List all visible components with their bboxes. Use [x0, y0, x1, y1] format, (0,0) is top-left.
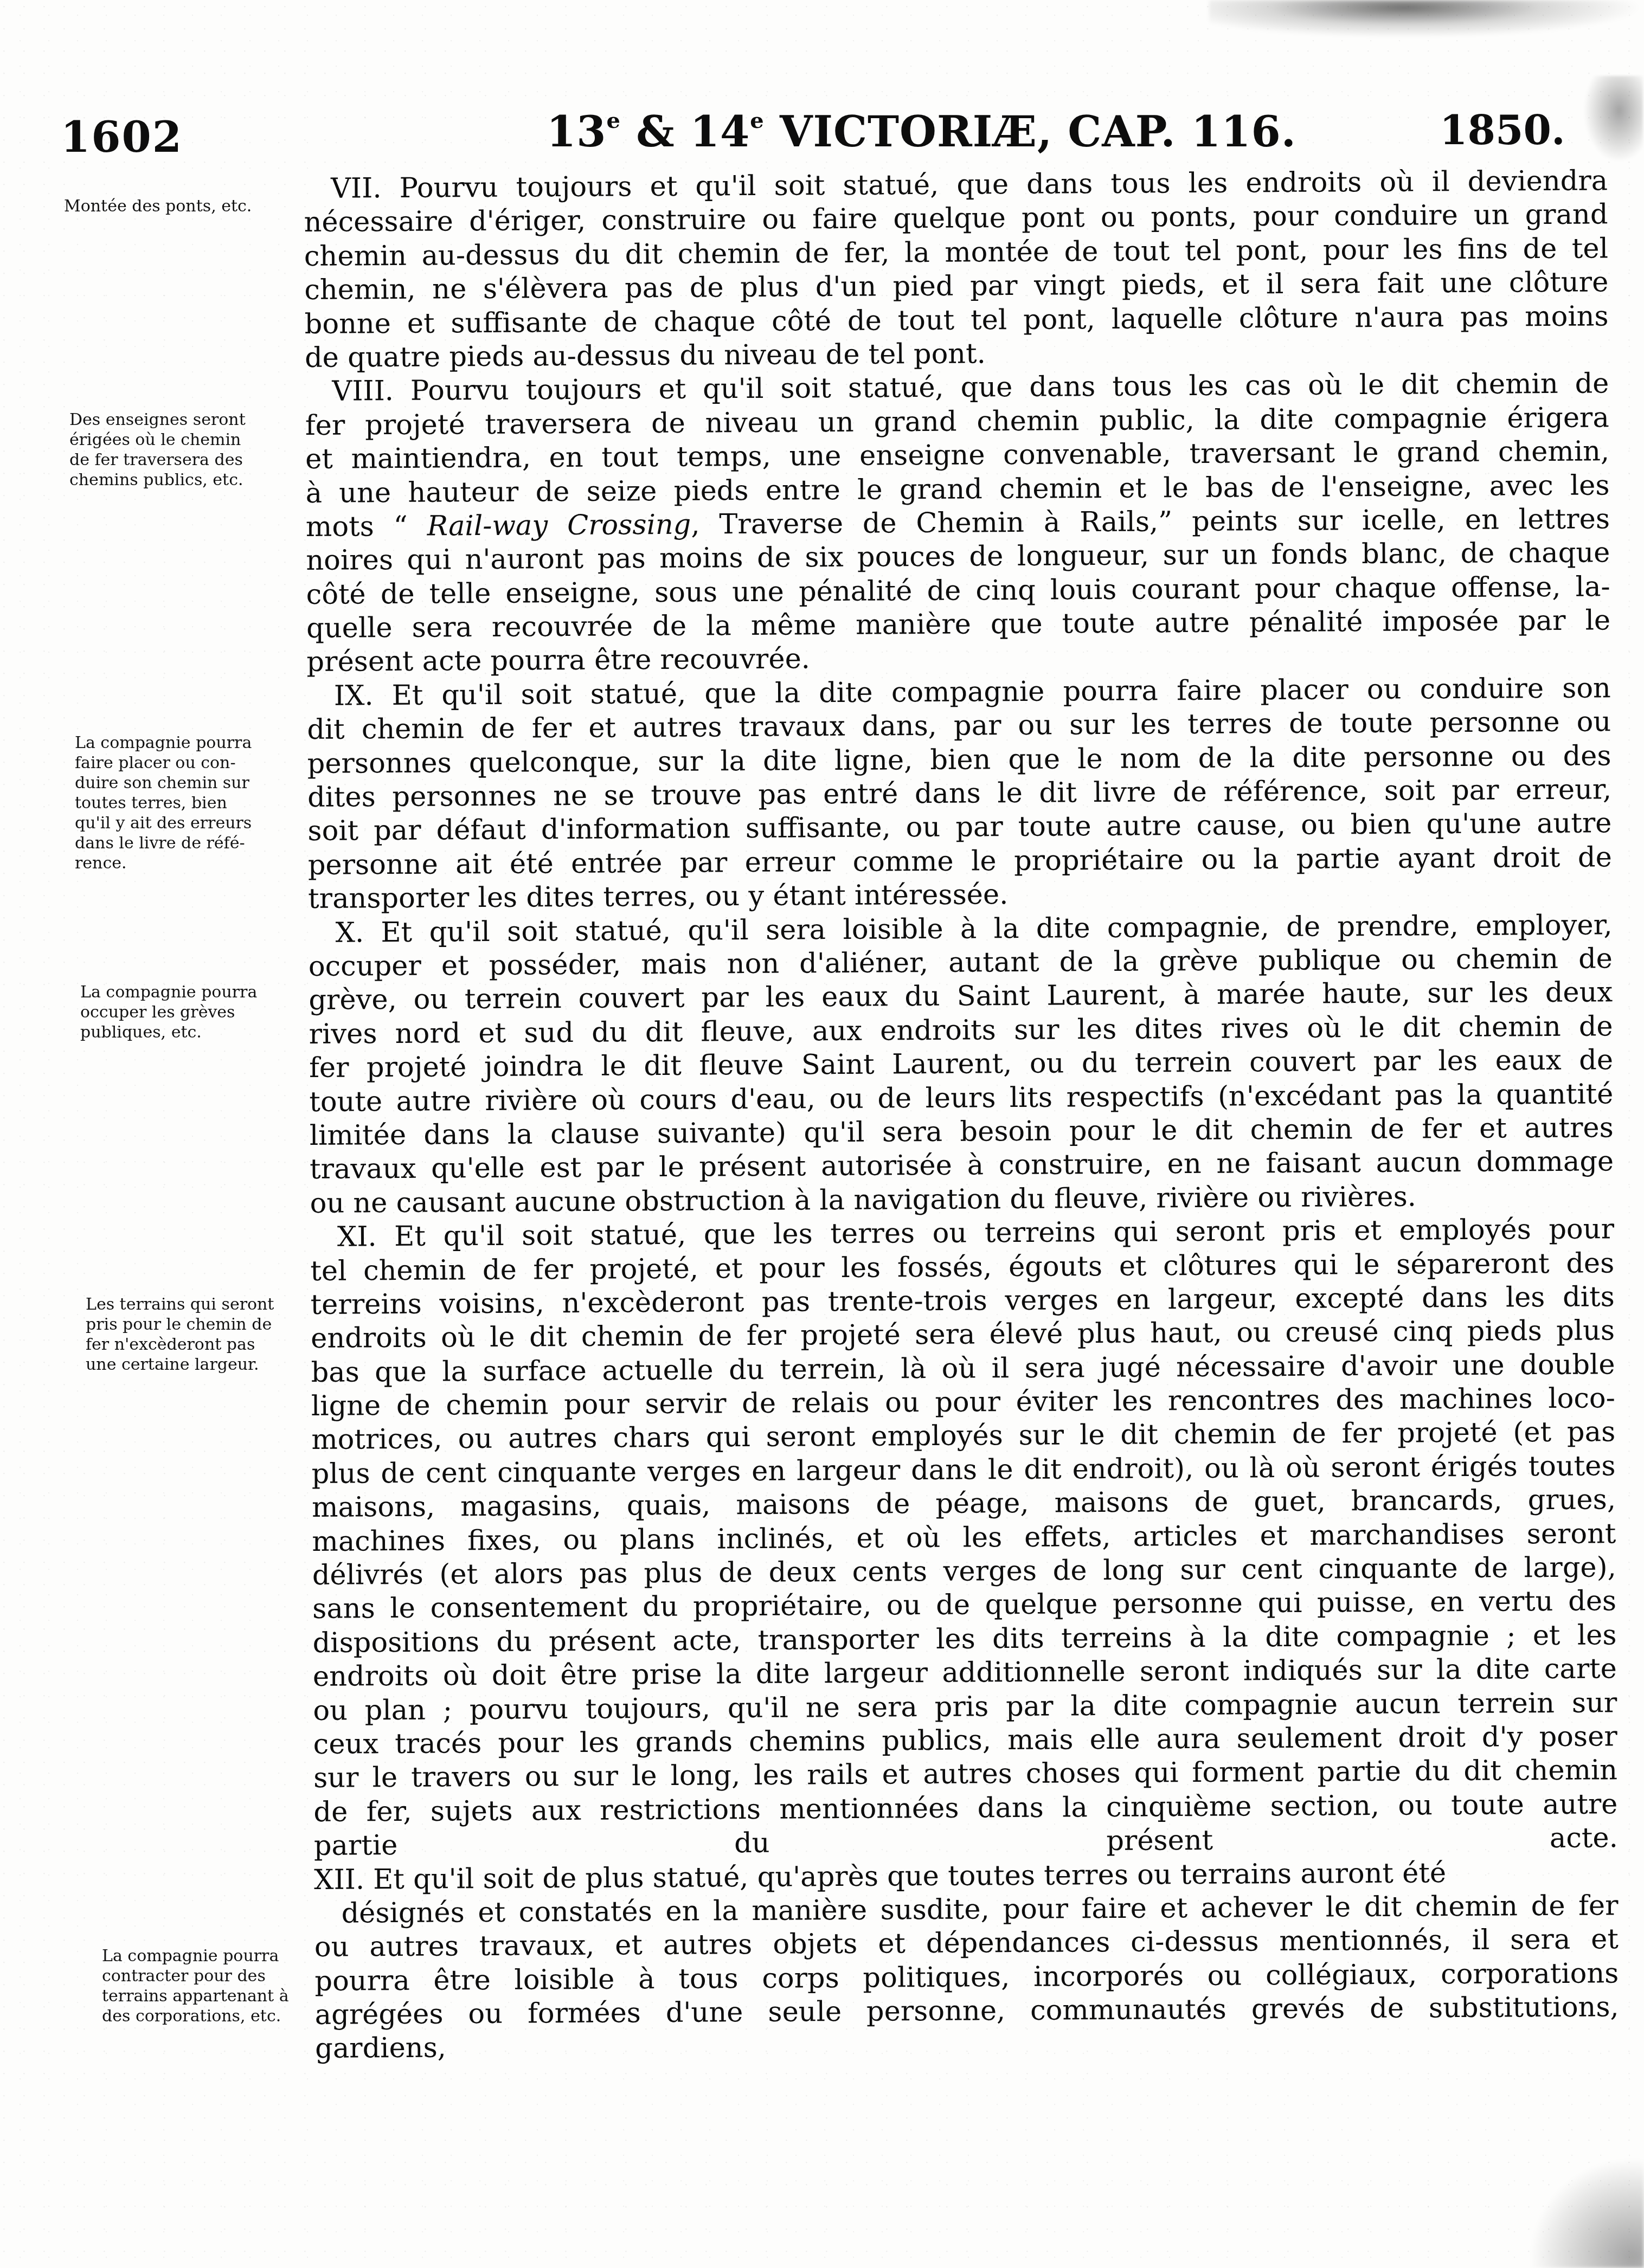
- act-body-text: VII. Pourvu toujours et qu'il soit statu…: [304, 164, 1619, 2066]
- title-ordinal-2: e: [750, 108, 764, 133]
- margin-note-line: pris pour le chemin de: [86, 1315, 341, 1335]
- margin-note-ix: La compagnie pourra faire placer ou con-…: [75, 733, 330, 873]
- margin-note-vii: Montée des ponts, etc.: [64, 196, 319, 216]
- act-title: 13e & 14e VICTORIÆ, CAP. 116.: [547, 107, 1296, 157]
- margin-note-line: duire son chemin sur: [75, 773, 330, 793]
- running-head: 1602 13e & 14e VICTORIÆ, CAP. 116. 1850.: [0, 103, 1644, 168]
- margin-note-line: fer n'excèderont pas: [86, 1335, 341, 1355]
- italic-phrase: Rail-way Crossing: [427, 509, 691, 543]
- page-year: 1850.: [1440, 107, 1565, 154]
- margin-note-line: faire placer ou con-: [75, 753, 330, 773]
- title-regnal-year-2: & 14: [621, 107, 750, 157]
- scan-smudge-bottom-right: [1529, 2157, 1644, 2268]
- margin-note-line: de fer traversera des: [69, 450, 324, 470]
- margin-note-line: rence.: [75, 853, 330, 873]
- margin-note-line: qu'il y ait des erreurs: [75, 813, 330, 833]
- page-number: 1602: [61, 113, 183, 162]
- margin-note-xi: Les terrains qui seront pris pour le che…: [86, 1294, 341, 1375]
- title-ordinal-1: e: [607, 108, 621, 133]
- margin-note-line: chemins publics, etc.: [69, 470, 324, 490]
- margin-note-line: La compagnie pourra: [80, 982, 335, 1002]
- scanned-page: 1602 13e & 14e VICTORIÆ, CAP. 116. 1850.…: [0, 0, 1644, 2268]
- margin-note-line: La compagnie pourra: [75, 733, 330, 753]
- margin-note-line: toutes terres, bien: [75, 793, 330, 813]
- margin-note-line: dans le livre de réfé-: [75, 833, 330, 853]
- margin-note-line: occuper les grèves: [80, 1002, 335, 1022]
- margin-note-line: Montée des ponts, etc.: [64, 196, 319, 216]
- title-regnal-year-1: 13: [547, 107, 607, 157]
- margin-note-viii: Des enseignes seront érigées où le chemi…: [69, 410, 324, 490]
- margin-note-line: érigées où le chemin: [69, 430, 324, 450]
- margin-note-x: La compagnie pourra occuper les grèves p…: [80, 982, 335, 1042]
- margin-note-line: publiques, etc.: [80, 1022, 335, 1042]
- margin-note-line: Les terrains qui seront: [86, 1294, 341, 1315]
- scan-smudge-top: [1209, 0, 1643, 38]
- margin-note-line: une certaine largeur.: [86, 1355, 341, 1375]
- title-chapter: VICTORIÆ, CAP. 116.: [765, 107, 1296, 157]
- margin-note-line: Des enseignes seront: [69, 410, 324, 430]
